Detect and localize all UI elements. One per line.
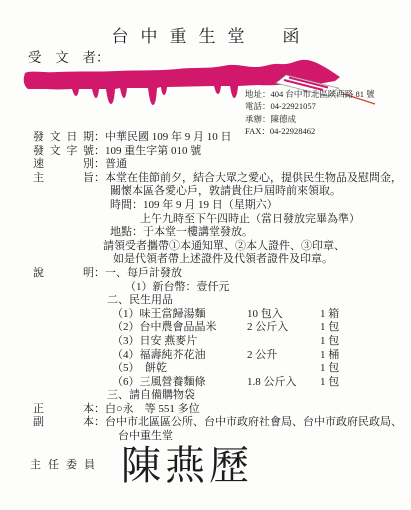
signature-block: 主任委員 陳燕歷	[0, 443, 411, 489]
subject-label: 主旨	[33, 172, 94, 186]
description-item1-head: 一、每戶計發放	[105, 267, 182, 281]
goods-name: （3）日安 燕麥片	[112, 335, 247, 349]
goods-qty: 1 箱	[320, 308, 339, 322]
subject-line-2: 關懷本區各愛心戶，敦請貴住戶屆時前來領取。	[110, 185, 411, 199]
colon: ：	[94, 158, 105, 172]
cc-copy-row: 副本：台中市北區區公所、台中市政府社會局、台中市政府民政局、	[0, 416, 411, 430]
subject-line-1: 本堂在佳節前夕，結合大眾之愛心，提供民生物品及慰問金，	[105, 172, 402, 186]
signer-title: 主任委員	[30, 459, 95, 473]
colon: ：	[94, 131, 105, 145]
description-item2-head: 二、民生用品	[107, 294, 411, 308]
goods-spec: 1.8 公斤入	[247, 376, 320, 390]
goods-qty: 1 包	[320, 376, 339, 390]
official-letter-document: 台中重生堂函 受文者： 地址：404 台中市北區陝西路 81 號 電話：04-2…	[0, 0, 411, 510]
description-row: 說明：一、每戶計發放	[0, 267, 411, 281]
doc-number-label: 發文字號	[33, 145, 94, 159]
original-copy-row: 正本：白○永 等 551 多位	[0, 403, 411, 417]
subject-time-line: 時間：109 年 9 月 19 日（星期六）	[110, 199, 411, 213]
priority-label: 速別	[33, 158, 94, 172]
colon: ：	[94, 416, 105, 430]
goods-row: （5） 餅乾1 包	[0, 362, 411, 376]
goods-row: （1）味王當歸湯麵10 包入1 箱	[0, 308, 411, 322]
goods-spec: 2 公升	[247, 349, 320, 363]
contact-phone: 電話：04-22921057	[245, 100, 375, 112]
goods-spec: 2 公斤入	[247, 321, 320, 335]
subject-row: 主旨：本堂在佳節前夕，結合大眾之愛心，提供民生物品及慰問金，	[0, 172, 411, 186]
contact-address: 地址：404 台中市北區陝西路 81 號	[245, 88, 375, 100]
issue-date-label: 發文日期	[33, 131, 94, 145]
goods-row: （3）日安 燕麥片1 包	[0, 335, 411, 349]
goods-name: （5） 餅乾	[112, 362, 247, 376]
document-type: 函	[283, 27, 300, 46]
goods-name: （1）味王當歸湯麵	[112, 308, 247, 322]
goods-qty: 1 桶	[320, 349, 339, 363]
document-title: 台中重生堂函	[0, 27, 411, 47]
goods-name: （2）台中農會品晶米	[112, 321, 247, 335]
goods-spec	[247, 335, 320, 349]
doc-number-row: 發文字號：109 重生字第 010 號	[0, 145, 411, 159]
cc-copy-value-line2: 台中重生堂	[118, 430, 411, 444]
cc-copy-value-line1: 台中市北區區公所、台中市政府社會局、台中市政府民政局、	[105, 416, 402, 430]
subject-proxy-line: 如是代領者帶上述證件及代領者證件及印章。	[113, 253, 411, 267]
goods-row: （6）三風營養麵條1.8 公斤入1 包	[0, 376, 411, 390]
goods-name: （4）福壽純芥花油	[112, 349, 247, 363]
goods-qty: 1 包	[320, 321, 339, 335]
goods-spec: 10 包入	[247, 308, 320, 322]
issue-date-value: 中華民國 109 年 9 月 10 日	[105, 131, 232, 145]
goods-row: （4）福壽純芥花油2 公升1 桶	[0, 349, 411, 363]
goods-qty: 1 包	[320, 362, 339, 376]
doc-number-value: 109 重生字第 010 號	[105, 145, 201, 159]
subject-bring-line: 請領受者攜帶①本通知單、②本人證件、③印章、	[103, 240, 411, 254]
document-body: 發文日期：中華民國 109 年 9 月 10 日 發文字號：109 重生字第 0…	[0, 131, 411, 444]
goods-row: （2）台中農會品晶米2 公斤入1 包	[0, 321, 411, 335]
colon: ：	[94, 145, 105, 159]
issue-date-row: 發文日期：中華民國 109 年 9 月 10 日	[0, 131, 411, 145]
cc-copy-label: 副本	[33, 416, 94, 430]
colon: ：	[94, 403, 105, 417]
priority-value: 普通	[105, 158, 127, 172]
original-copy-label: 正本	[33, 403, 94, 417]
goods-spec	[247, 362, 320, 376]
contact-handler: 承辦：陳德成	[245, 113, 375, 125]
goods-qty: 1 包	[320, 335, 339, 349]
description-item1-sub: （1）新台幣：壹仟元	[125, 281, 411, 295]
description-item3-head: 三、請自備購物袋	[107, 389, 411, 403]
colon: ：	[94, 267, 105, 281]
original-copy-value: 白○永 等 551 多位	[105, 403, 200, 417]
description-label: 說明	[33, 267, 94, 281]
priority-row: 速別：普通	[0, 158, 411, 172]
organization-name: 台中重生堂	[112, 27, 257, 46]
signer-name-signature: 陳燕歷	[121, 443, 253, 489]
colon: ：	[94, 172, 105, 186]
subject-time-detail-line: 上午九時至下午四時止（當日發放完畢為準）	[140, 213, 411, 227]
goods-name: （6）三風營養麵條	[112, 376, 247, 390]
subject-place-line: 地點：于本堂一樓講堂發放。	[110, 226, 411, 240]
